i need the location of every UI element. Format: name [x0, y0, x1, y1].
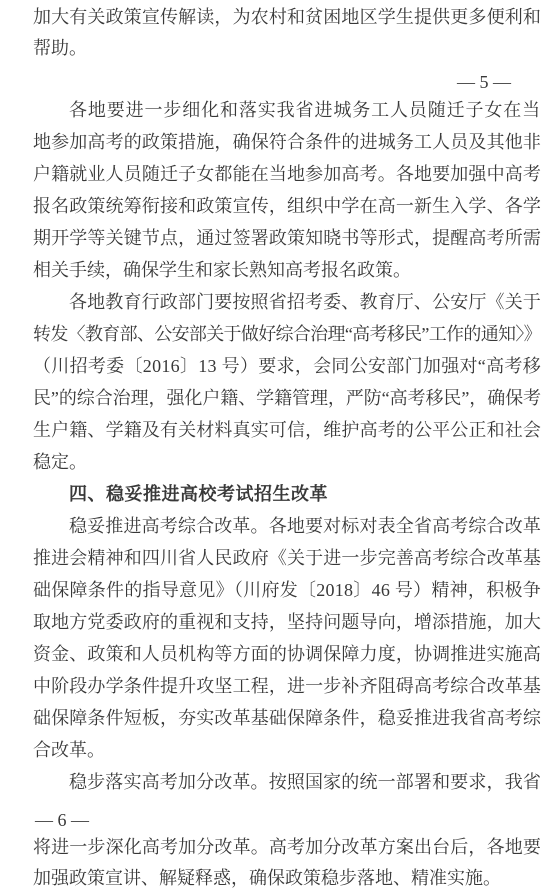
text-line: 户籍就业人员随迁子女都能在当地参加高考。各地要加强中高考: [33, 158, 541, 190]
text-line: 取地方党委政府的重视和支持，坚持问题导向，增添措施，加大: [33, 606, 541, 638]
text-line: 础保障条件的指导意见》（川府发〔2018〕46 号）精神，积极争: [33, 574, 541, 606]
text-line: 将进一步深化高考加分改革。高考加分改革方案出台后，各地要: [33, 832, 541, 863]
text-line: 民”的综合治理，强化户籍、学籍管理，严防“高考移民”，确保考: [33, 382, 541, 414]
text-line: 期开学等关键节点，通过签署政策知晓书等形式，提醒高考所需: [33, 222, 541, 254]
page-7-fragment: 将进一步深化高考加分改革。高考加分改革方案出台后，各地要加强政策宣讲、解疑释惑，…: [33, 832, 541, 893]
text-line: 资金、政策和人员机构等方面的协调保障力度，协调推进实施高: [33, 638, 541, 670]
text-line: 础保障条件短板，夯实改革基础保障条件，稳妥推进我省高考综: [33, 702, 541, 734]
section-heading: 四、稳妥推进高校考试招生改革: [33, 478, 541, 510]
text-line: 稳定。: [33, 446, 541, 478]
text-line: 加大有关政策宣传解读，为农村和贫困地区学生提供更多便利和: [33, 2, 541, 33]
page-number: — 5 —: [33, 70, 541, 94]
text-line: 报名政策统筹衔接和政策宣传，组织中学在高一新生入学、各学: [33, 190, 541, 222]
text-line: 加强政策宣讲、解疑释惑，确保政策稳步落地、精准实施。: [33, 863, 541, 893]
text-line: 转发〈教育部、公安部关于做好综合治理“高考移民”工作的通知〉》: [33, 318, 541, 350]
text-line: 生户籍、学籍及有关材料真实可信，维护高考的公平公正和社会: [33, 414, 541, 446]
page-5-fragment: 加大有关政策宣传解读，为农村和贫困地区学生提供更多便利和帮助。— 5 —: [33, 2, 541, 94]
text-line: 相关手续，确保学生和家长熟知高考报名政策。: [33, 254, 541, 286]
text-line: 各地要进一步细化和落实我省进城务工人员随迁子女在当: [33, 94, 541, 126]
text-line: 地参加高考的政策措施，确保符合条件的进城务工人员及其他非: [33, 126, 541, 158]
text-line: 帮助。: [33, 33, 541, 64]
text-line: （川招考委〔2016〕13 号）要求，会同公安部门加强对“高考移: [33, 350, 541, 382]
text-line: 稳妥推进高考综合改革。各地要对标对表全省高考综合改革: [33, 510, 541, 542]
document-page: 加大有关政策宣传解读，为农村和贫困地区学生提供更多便利和帮助。— 5 —各地要进…: [0, 0, 552, 893]
text-line: 合改革。: [33, 734, 541, 766]
text-line: 中阶段办学条件提升攻坚工程，进一步补齐阻碍高考综合改革基: [33, 670, 541, 702]
page-number: — 6 —: [33, 808, 541, 832]
text-line: 推进会精神和四川省人民政府《关于进一步完善高考综合改革基: [33, 542, 541, 574]
text-line: 稳步落实高考加分改革。按照国家的统一部署和要求，我省: [33, 766, 541, 798]
page-6: 各地要进一步细化和落实我省进城务工人员随迁子女在当地参加高考的政策措施，确保符合…: [33, 94, 541, 832]
text-line: 各地教育行政部门要按照省招考委、教育厅、公安厅《关于: [33, 286, 541, 318]
